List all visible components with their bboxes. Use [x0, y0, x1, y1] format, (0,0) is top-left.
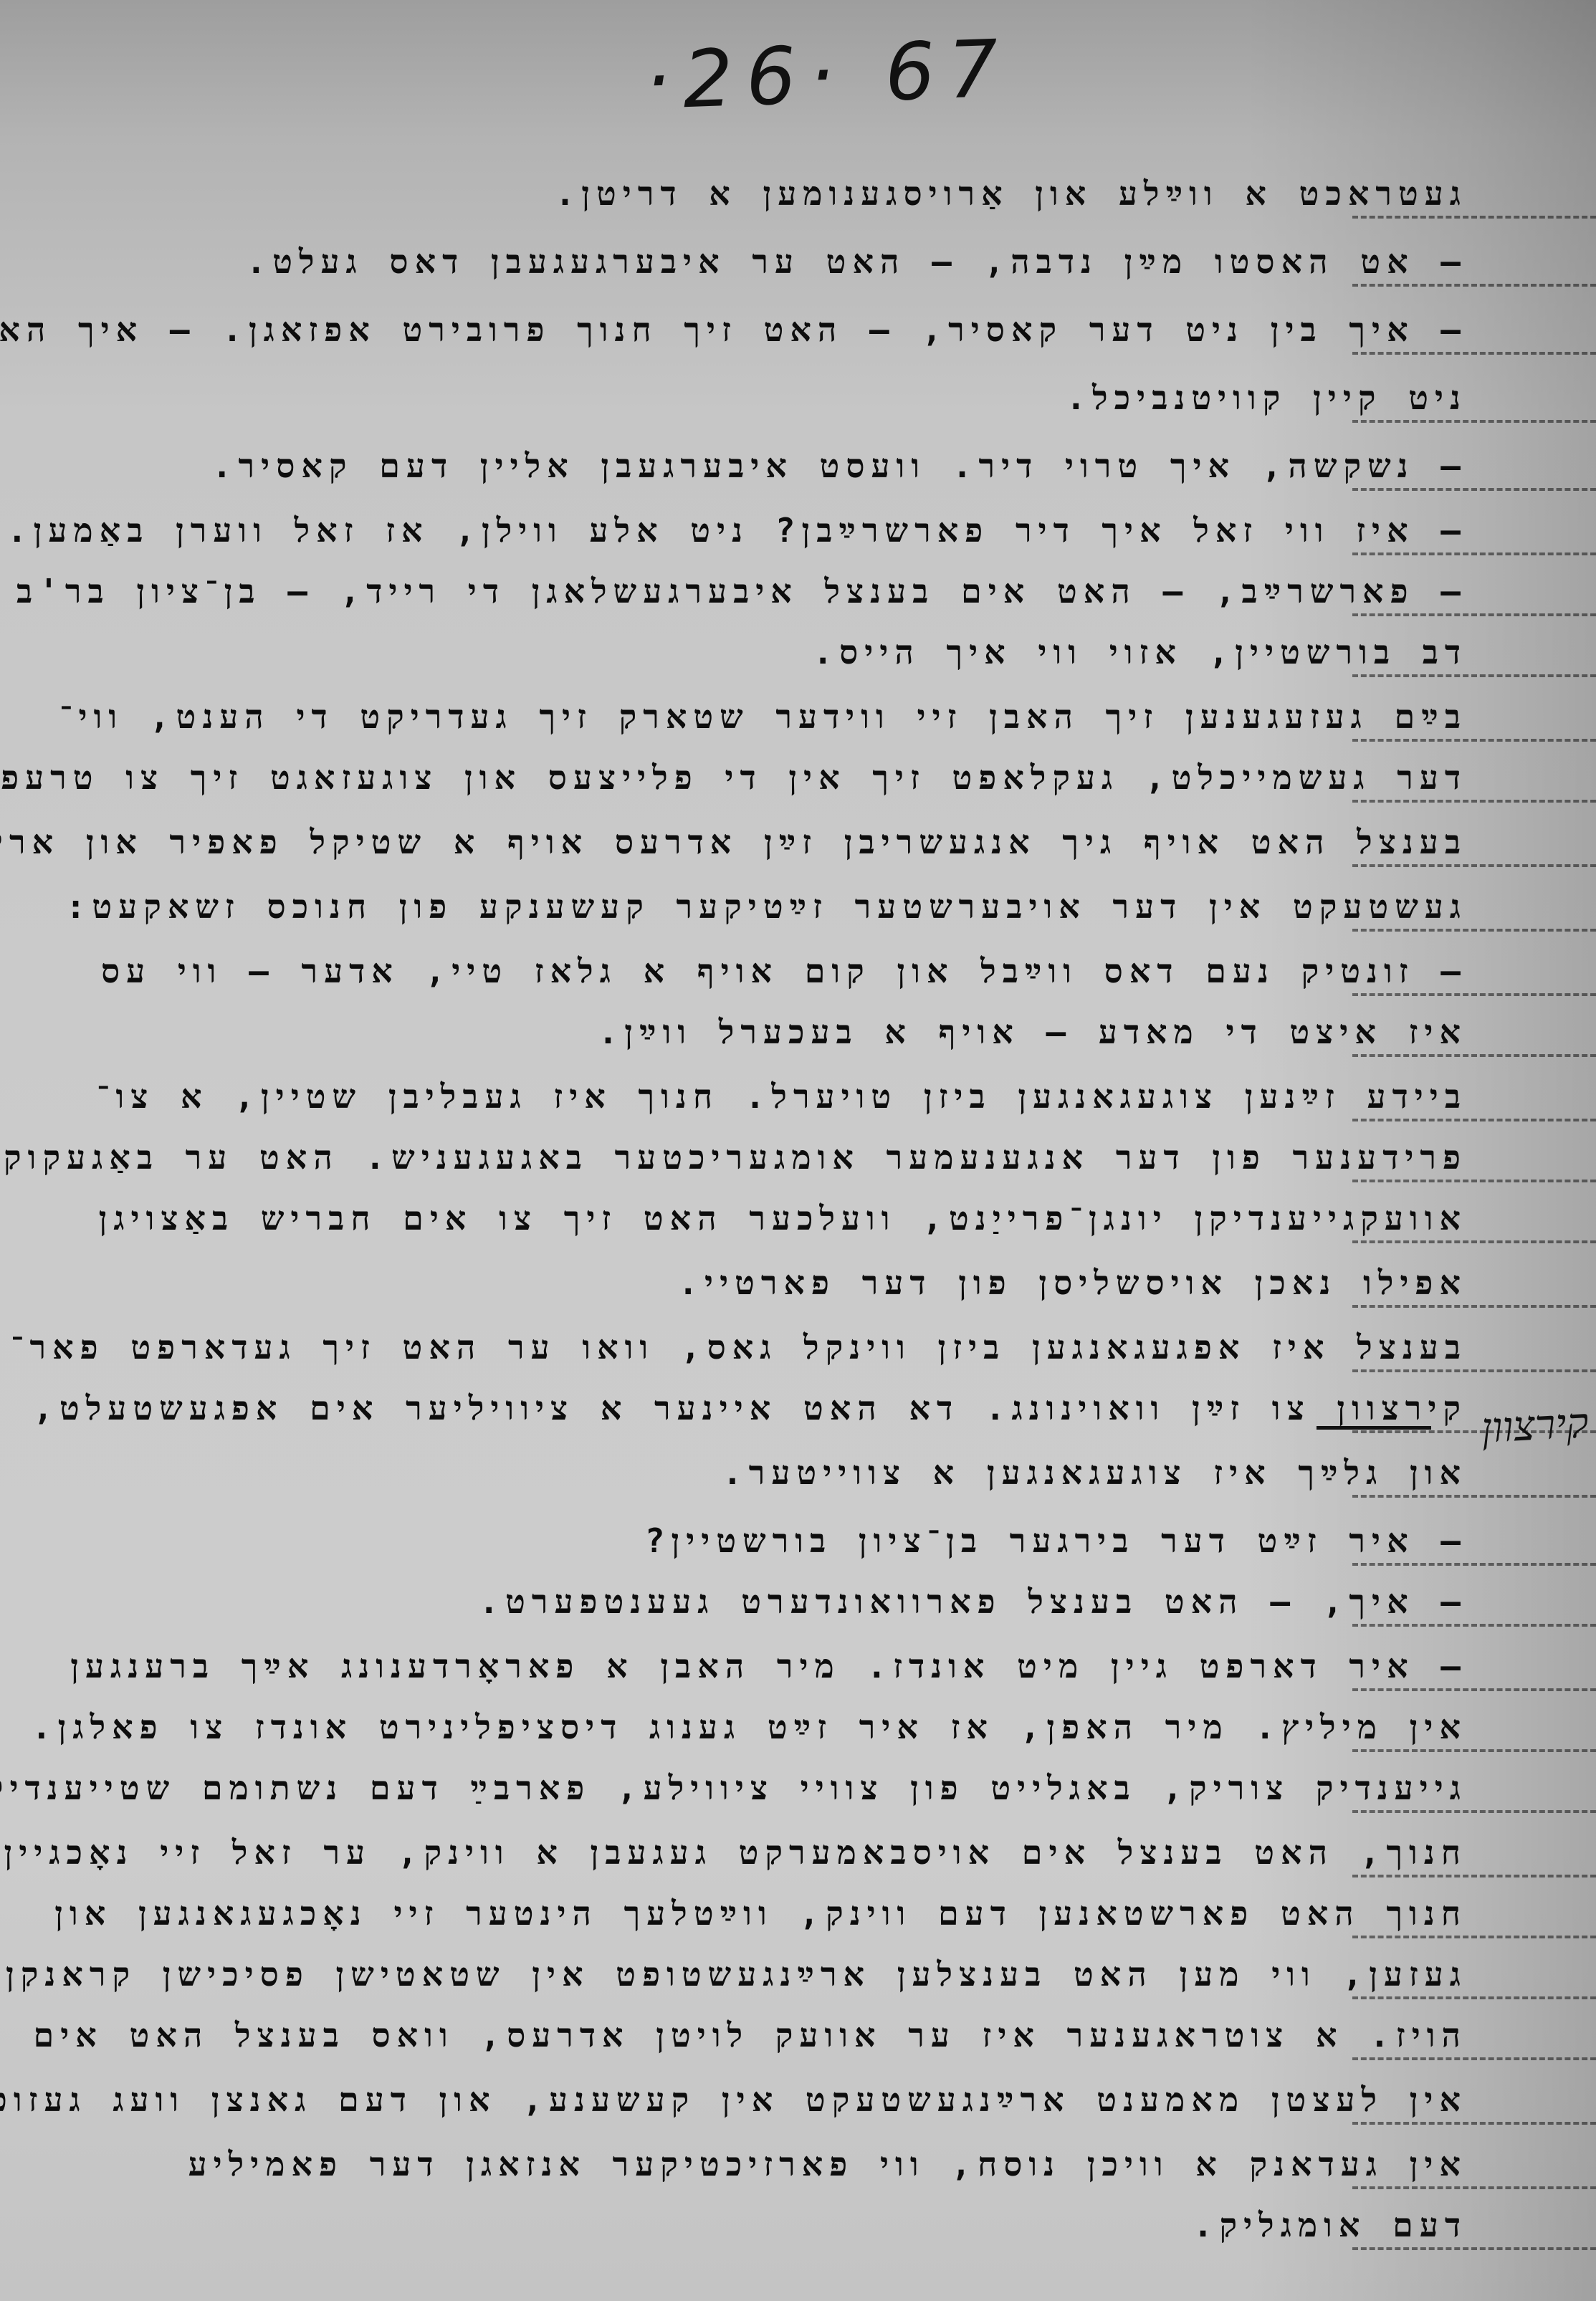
- ruled-guide-line: [1352, 1563, 1596, 1566]
- ruled-guide-line: [1352, 1624, 1596, 1627]
- ruled-guide-line: [1352, 929, 1596, 932]
- text-line: דער געשמייכלט, געקלאפט זיך אין די פלייצע…: [0, 752, 1467, 803]
- text-line: אפילו נאכן אויסשליסן פון דער פארטיי.: [678, 1258, 1467, 1308]
- ruled-guide-line: [1352, 420, 1596, 423]
- text-line: — אט האסטו מײַן נדבה, — האט ער איבערגעגע…: [247, 236, 1468, 287]
- ruled-guide-line: [1352, 552, 1596, 555]
- ruled-guide-line: [1352, 1996, 1596, 1999]
- text-line: איז איצט די מאדע — אויף א בעכערל ווײַן.: [598, 1007, 1467, 1057]
- text-line: אין מיליץ. מיר האפן, אז איר זײַט גענוג ד…: [32, 1702, 1467, 1752]
- text-line: ביידע זײַנען צוגעגאנגען ביזן טויערל. חנו…: [97, 1071, 1467, 1121]
- ruled-guide-line: [1352, 739, 1596, 742]
- ruled-guide-line: [1352, 2057, 1596, 2060]
- text-line: בענצל האט אויף גיך אנגעשריבן זײַן אדרעס …: [0, 817, 1467, 867]
- ruled-guide-line: [1352, 488, 1596, 491]
- handwritten-page-number: ·26· 67: [644, 22, 1020, 135]
- text-line: — איך בין ניט דער קאסיר, — האט זיך חנוך …: [0, 305, 1467, 355]
- text-line: געשטעקט אין דער אויבערשטער זײַטיקער קעשע…: [66, 881, 1467, 932]
- ruled-guide-line: [1352, 1180, 1596, 1182]
- text-line: חנוך האט פארשטאנען דעם ווינק, ווײַטלעך ה…: [54, 1888, 1467, 1938]
- text-line: געזען, ווי מען האט בענצלען ארײַנגעשטופט …: [0, 1949, 1467, 1999]
- strikethrough-mark: [1317, 1426, 1431, 1430]
- text-line: בענצל איז אפגעגאנגען ביזן ווינקל גאס, וו…: [11, 1322, 1467, 1372]
- text-line: — זונטיק נעם דאס ווײַבל און קום אויף א ג…: [101, 946, 1467, 996]
- ruled-guide-line: [1352, 1749, 1596, 1752]
- ruled-guide-line: [1352, 1369, 1596, 1372]
- ruled-guide-line: [1352, 864, 1596, 867]
- ruled-guide-line: [1352, 2186, 1596, 2189]
- margin-annotation: קירצוון: [1481, 1398, 1590, 1453]
- ruled-guide-line: [1352, 1240, 1596, 1243]
- ruled-guide-line: [1352, 2247, 1596, 2250]
- ruled-guide-line: [1352, 1119, 1596, 1121]
- ruled-guide-line: [1352, 1810, 1596, 1813]
- ruled-guide-line: [1352, 800, 1596, 803]
- ruled-guide-line: [1352, 1875, 1596, 1877]
- ruled-guide-line: [1352, 1688, 1596, 1691]
- text-line: — איך, — האט בענצל פארוואונדערט געענטפער…: [479, 1577, 1467, 1627]
- text-line: — נשקשה, איך טרוי דיר. וועסט איבערגעבן א…: [212, 441, 1467, 491]
- ruled-guide-line: [1352, 284, 1596, 287]
- ruled-guide-line: [1352, 1305, 1596, 1308]
- text-line: הויז. א צוטראגענער איז ער אוועק לויטן אד…: [34, 2010, 1467, 2060]
- text-line: בײַם געזעגענען זיך האבן זיי ווידער שטארק…: [59, 692, 1467, 742]
- ruled-guide-line: [1352, 1495, 1596, 1498]
- text-line: דעם אומגליק.: [1193, 2200, 1467, 2250]
- text-line: גייענדיק צוריק, באגלייט פון צוויי ציוויל…: [0, 1763, 1467, 1813]
- text-line: אוועקגייענדיקן יונגן־פרייַנט, וועלכער הא…: [99, 1193, 1467, 1243]
- text-line: קירצוון צו זײַן וואוינונג. דא האט איינער…: [33, 1383, 1467, 1433]
- ruled-guide-line: [1352, 216, 1596, 219]
- text-line: דב בורשטיין, אזוי ווי איך הייס.: [813, 627, 1467, 677]
- ruled-guide-line: [1352, 993, 1596, 996]
- ruled-guide-line: [1352, 674, 1596, 677]
- text-line: — איר דארפט גיין מיט אונדז. מיר האבן א פ…: [70, 1641, 1467, 1691]
- ruled-guide-line: [1352, 1936, 1596, 1938]
- text-line: אין געדאנק א וויכן נוסח, ווי פארזיכטיקער…: [188, 2139, 1467, 2189]
- text-line: — איז ווי זאל איך דיר פארשרײַבן? ניט אלע…: [0, 505, 1467, 555]
- text-line: חנוך, האט בענצל אים אויסבאמערקט געגעבן א…: [0, 1827, 1467, 1877]
- text-line: פרידענער פון דער אנגענעמער אומגעריכטער ב…: [0, 1132, 1467, 1182]
- ruled-guide-line: [1352, 2122, 1596, 2125]
- document-page: ·26· 67 געטראכט א ווײַלע און אַרויסגענומ…: [0, 0, 1596, 2301]
- ruled-guide-line: [1352, 1054, 1596, 1057]
- text-line: — איר זײַט דער בירגער בן־ציון בורשטיין?: [645, 1516, 1467, 1566]
- text-line: — פארשרײַב, — האט אים בענצל איבערגעשלאגן…: [16, 566, 1467, 616]
- ruled-guide-line: [1352, 352, 1596, 355]
- text-line: אין לעצטן מאמענט ארײַנגעשטעקט אין קעשענע…: [0, 2075, 1467, 2125]
- ruled-guide-line: [1352, 613, 1596, 616]
- text-line: ניט קיין קוויטנביכל.: [1066, 373, 1467, 423]
- text-line: און גלײַך איז צוגעגאנגען א צווייטער.: [722, 1448, 1467, 1498]
- text-line: געטראכט א ווײַלע און אַרויסגענומען א דרי…: [555, 168, 1467, 219]
